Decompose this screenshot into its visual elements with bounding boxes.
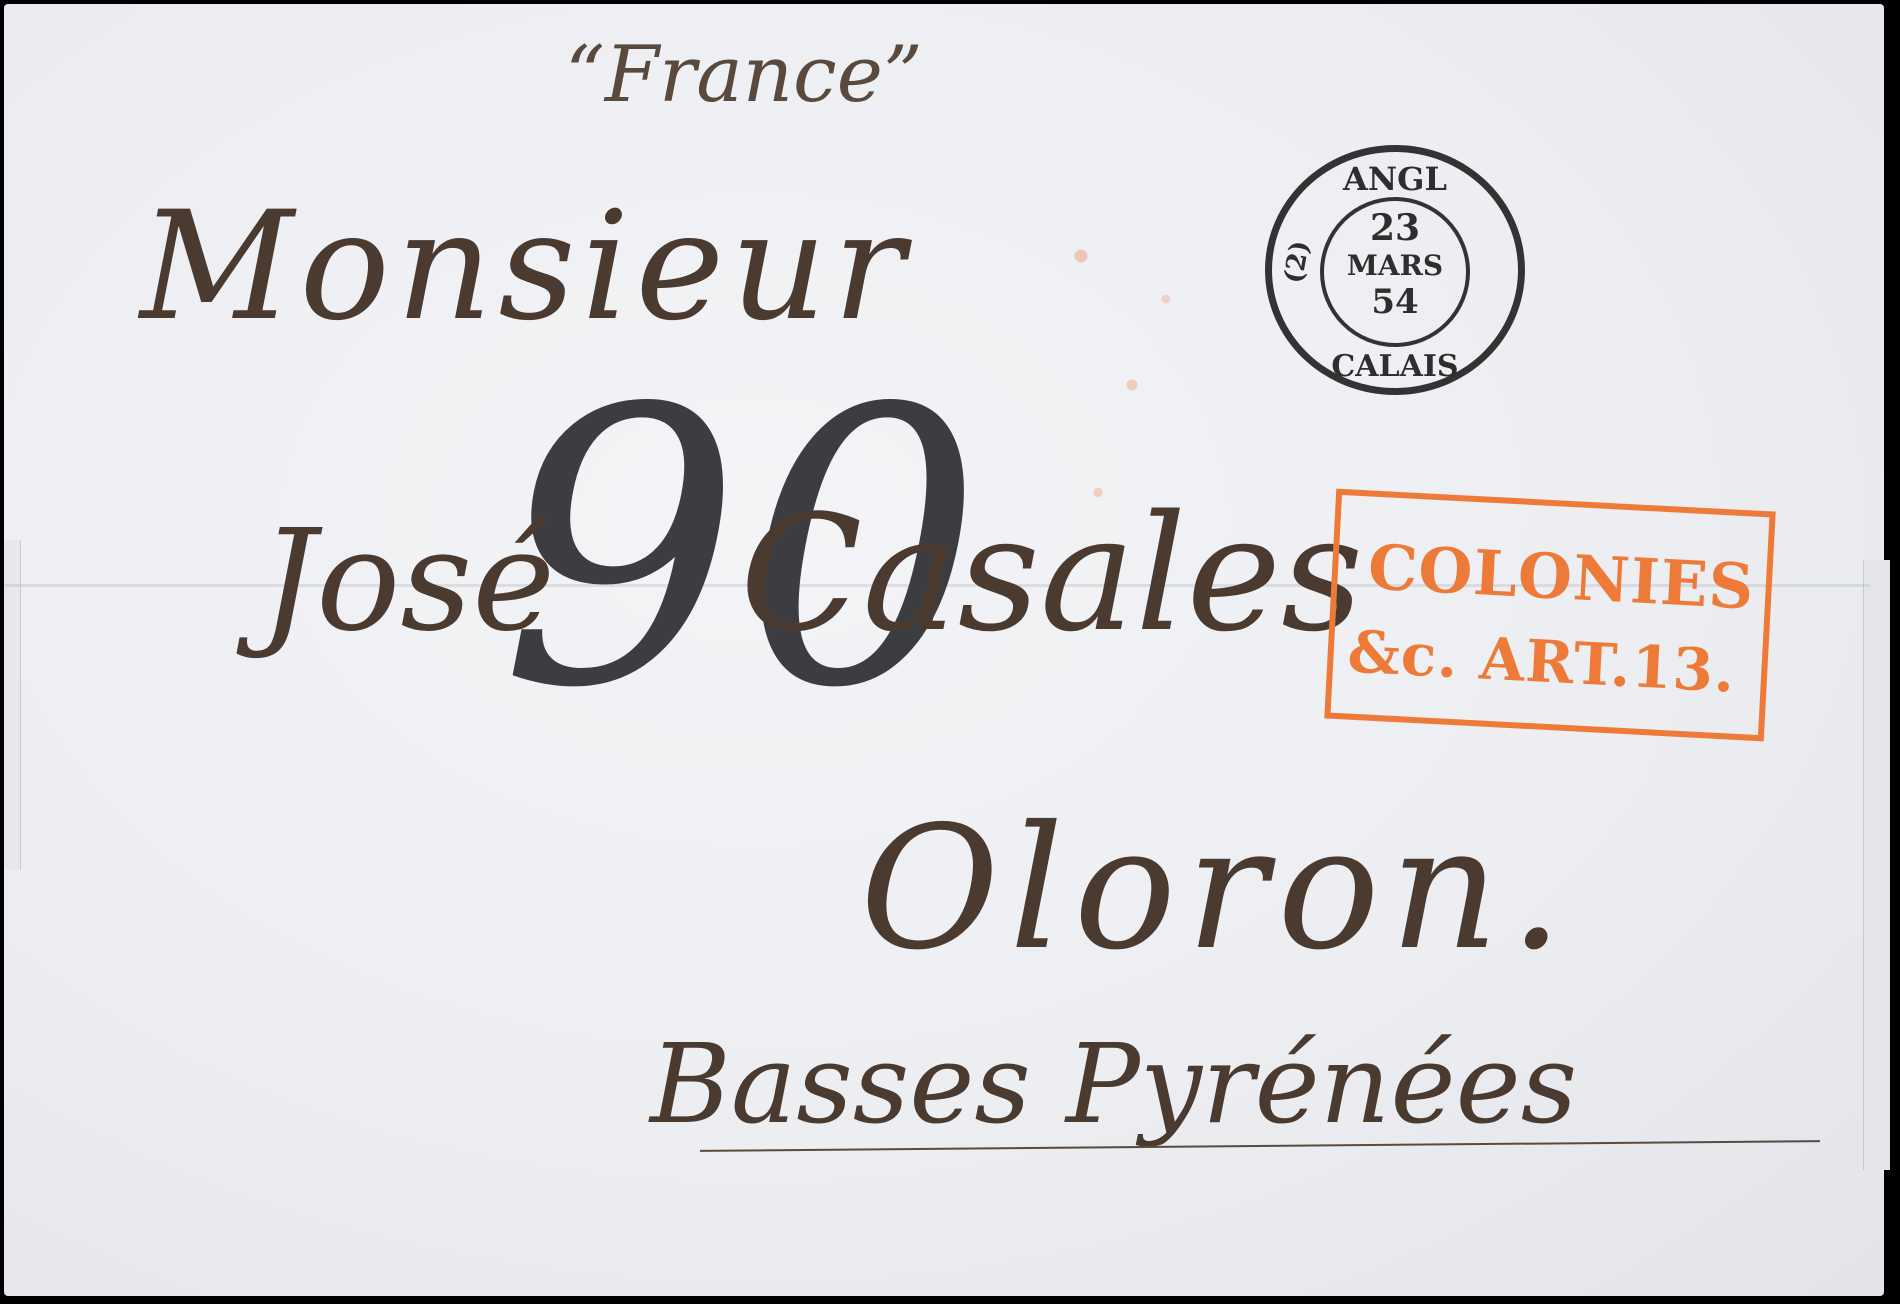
postmark-month: MARS — [1272, 249, 1518, 282]
colonies-art13-handstamp: COLONIES &c. ART.13. — [1324, 489, 1775, 742]
postmark-bottom-text: CALAIS — [1272, 349, 1518, 384]
postmark-year: 54 — [1272, 282, 1518, 322]
department: Basses Pyrénées — [650, 1020, 1577, 1148]
calais-postmark: ANGL (2) 23 MARS 54 CALAIS — [1265, 145, 1525, 395]
right-flap-edge — [1863, 560, 1890, 1170]
handstamp-line-2: &c. ART.13. — [1346, 618, 1737, 706]
town: Oloron. — [860, 790, 1573, 988]
handstamp-line-1: COLONIES — [1366, 530, 1756, 623]
left-flap-edge — [4, 540, 21, 870]
route-note: “France” — [565, 30, 923, 120]
addressee-last-name: Casales — [740, 480, 1363, 667]
cover-photo: “France” Monsieur 90 José Casales Oloron… — [0, 0, 1900, 1304]
postmark-day: 23 — [1272, 207, 1518, 249]
postmark-top-text: ANGL — [1272, 160, 1518, 198]
addressee-first-name: José — [260, 500, 555, 663]
